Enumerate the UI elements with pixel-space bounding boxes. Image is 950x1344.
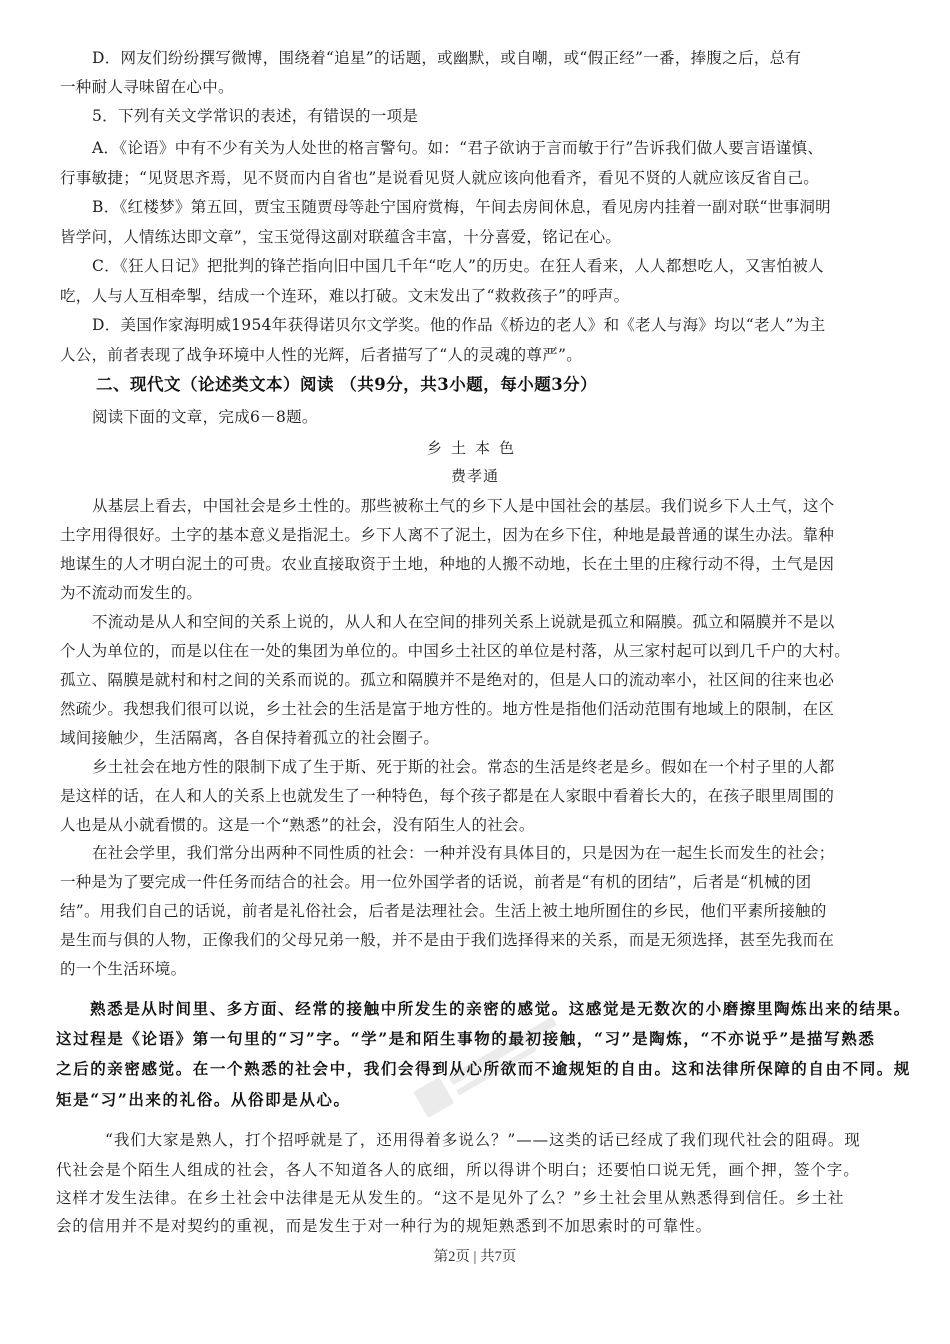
paragraph-4-line-1: 在社会学里，我们常分出两种不同性质的社会：一种并没有具体目的，只是因为在一起生长… bbox=[92, 843, 835, 863]
paragraph-6-line-4: 会的信用并不是对契约的重视，而是发生于对一种行为的规矩熟悉到不加思索时的可靠性。 bbox=[56, 1216, 712, 1236]
paragraph-2-line-3: 孤立、隔膜是就村和村之间的关系而说的。孤立和隔膜并不是绝对的，但是人口的流动率小… bbox=[60, 670, 834, 690]
paragraph-2-line-1: 不流动是从人和空间的关系上说的，从人和人在空间的排列关系上说就是孤立和隔膜。孤立… bbox=[92, 612, 835, 632]
paragraph-2-line-4: 然疏少。我想我们很可以说，乡土社会的生活是富于地方性的。地方性是指他们活动范围有… bbox=[60, 699, 834, 719]
paragraph-5-line-2: 这过程是《论语》第一句里的“习”字。“学”是和陌生事物的最初接触，“习”是陶炼，… bbox=[56, 1029, 875, 1049]
paragraph-4-line-3: 结”。用我们自己的话说，前者是礼俗社会，后者是法理社会。生活上被土地所囿住的乡民… bbox=[60, 901, 827, 921]
paragraph-3-line-2: 是这样的话，在人和人的关系上也就发生了一种特色，每个孩子都是在人家眼中看着长大的… bbox=[60, 786, 834, 806]
paragraph-1-line-4: 为不流动而发生的。 bbox=[60, 583, 202, 603]
question-5-stem: 5．下列有关文学常识的表述，有错误的一项是 bbox=[92, 106, 418, 126]
q5-option-d-line-2: 人公，前者表现了战争环境中人性的光辉，后者描写了“人的灵魂的尊严”。 bbox=[60, 345, 582, 365]
paragraph-1-line-3: 地谋生的人才明白泥土的可贵。农业直接取资于土地，种地的人搬不动地，长在土里的庄稼… bbox=[60, 554, 834, 574]
paragraph-4-line-4: 是生而与俱的人物，正像我们的父母兄弟一般，并不是由于我们选择得来的关系，而是无须… bbox=[60, 930, 834, 950]
article-title: 乡土本色 bbox=[0, 438, 950, 458]
section-2-heading: 二、现代文（论述类文本）阅读 （共9分，共3小题，每小题3分） bbox=[96, 375, 597, 395]
page-footer: 第2页 | 共7页 bbox=[0, 1245, 950, 1266]
paragraph-5-line-1: 熟悉是从时间里、多方面、经常的接触中所发生的亲密的感觉。这感觉是无数次的小磨擦里… bbox=[90, 999, 911, 1019]
paragraph-6-line-3: 这样才发生法律。在乡土社会中法律是无从发生的。“这不是见外了么？”乡土社会里从熟… bbox=[56, 1188, 844, 1208]
paragraph-4-line-2: 一种是为了要完成一件任务而结合的社会。用一位外国学者的话说，前者是“有机的团结”… bbox=[60, 872, 811, 892]
paragraph-2-line-2: 个人为单位的，而是以住在一处的集团为单位的。中国乡土社区的单位是村落，从三家村起… bbox=[60, 641, 850, 661]
paragraph-4-line-5: 的一个生活环境。 bbox=[60, 959, 186, 979]
q5-option-b-line-1: B．《红楼梦》第五回，贾宝玉随贾母等赴宁国府赏梅，午间去房间休息，看见房内挂着一… bbox=[92, 197, 831, 217]
paragraph-1-line-1: 从基层上看去，中国社会是乡土性的。那些被称土气的乡下人是中国社会的基层。我们说乡… bbox=[92, 496, 835, 516]
paragraph-3-line-1: 乡土社会在地方性的限制下成了生于斯、死于斯的社会。常态的生活是终老是乡。假如在一… bbox=[92, 757, 835, 777]
q5-option-b-line-2: 皆学问，人情练达即文章”，宝玉觉得这副对联蕴含丰富，十分喜爱，铭记在心。 bbox=[60, 227, 621, 247]
q5-option-c-line-1: C．《狂人日记》把批判的锋芒指向旧中国几千年“吃人”的历史。在狂人看来，人人都想… bbox=[92, 256, 824, 276]
q5-option-a-line-1: A．《论语》中有不少有关为人处世的格言警句。如：“君子欲讷于言而敏于行”告诉我们… bbox=[92, 138, 823, 158]
paragraph-3-line-3: 人也是从小就看惯的。这是一个“熟悉”的社会，没有陌生人的社会。 bbox=[60, 815, 535, 835]
paragraph-2-line-5: 域间接触少，生活隔离，各自保持着孤立的社会圈子。 bbox=[60, 728, 439, 748]
q4-option-d-line-1: D．网友们纷纷撰写微博，围绕着“追星”的话题，或幽默，或自嘲，或“假正经”一番，… bbox=[92, 48, 801, 68]
paragraph-6-line-1: “我们大家是熟人，打个招呼就是了，还用得着多说么？”——这类的话已经成了我们现代… bbox=[105, 1130, 861, 1150]
q5-option-c-line-2: 吃，人与人互相牵掣，结成一个连环，难以打破。文末发出了“救救孩子”的呼声。 bbox=[60, 286, 629, 306]
q5-option-d-line-1: D．美国作家海明威1954年获得诺贝尔文学奖。他的作品《桥边的老人》和《老人与海… bbox=[92, 315, 825, 335]
paragraph-1-line-2: 土字用得很好。土字的基本意义是指泥土。乡下人离不了泥土，因为在乡下住，种地是最普… bbox=[60, 525, 834, 545]
paragraph-5-line-4: 矩是“习”出来的礼俗。从俗即是从心。 bbox=[56, 1090, 351, 1110]
article-author: 费孝通 bbox=[0, 466, 950, 486]
section-2-instruction: 阅读下面的文章，完成6－8题。 bbox=[92, 407, 318, 427]
q4-option-d-line-2: 一种耐人寻味留在心中。 bbox=[60, 77, 234, 97]
paragraph-5-line-3: 之后的亲密感觉。在一个熟悉的社会中，我们会得到从心所欲而不逾规矩的自由。这和法律… bbox=[56, 1059, 911, 1079]
exam-page: D．网友们纷纷撰写微博，围绕着“追星”的话题，或幽默，或自嘲，或“假正经”一番，… bbox=[0, 0, 950, 1344]
paragraph-6-line-2: 代社会是个陌生人组成的社会，各人不知道各人的底细，所以得讲个明白；还要怕口说无凭… bbox=[56, 1160, 860, 1180]
q5-option-a-line-2: 行事敏捷；“见贤思齐焉，见不贤而内自省也”是说看见贤人就应该向他看齐，看见不贤的… bbox=[60, 168, 819, 188]
